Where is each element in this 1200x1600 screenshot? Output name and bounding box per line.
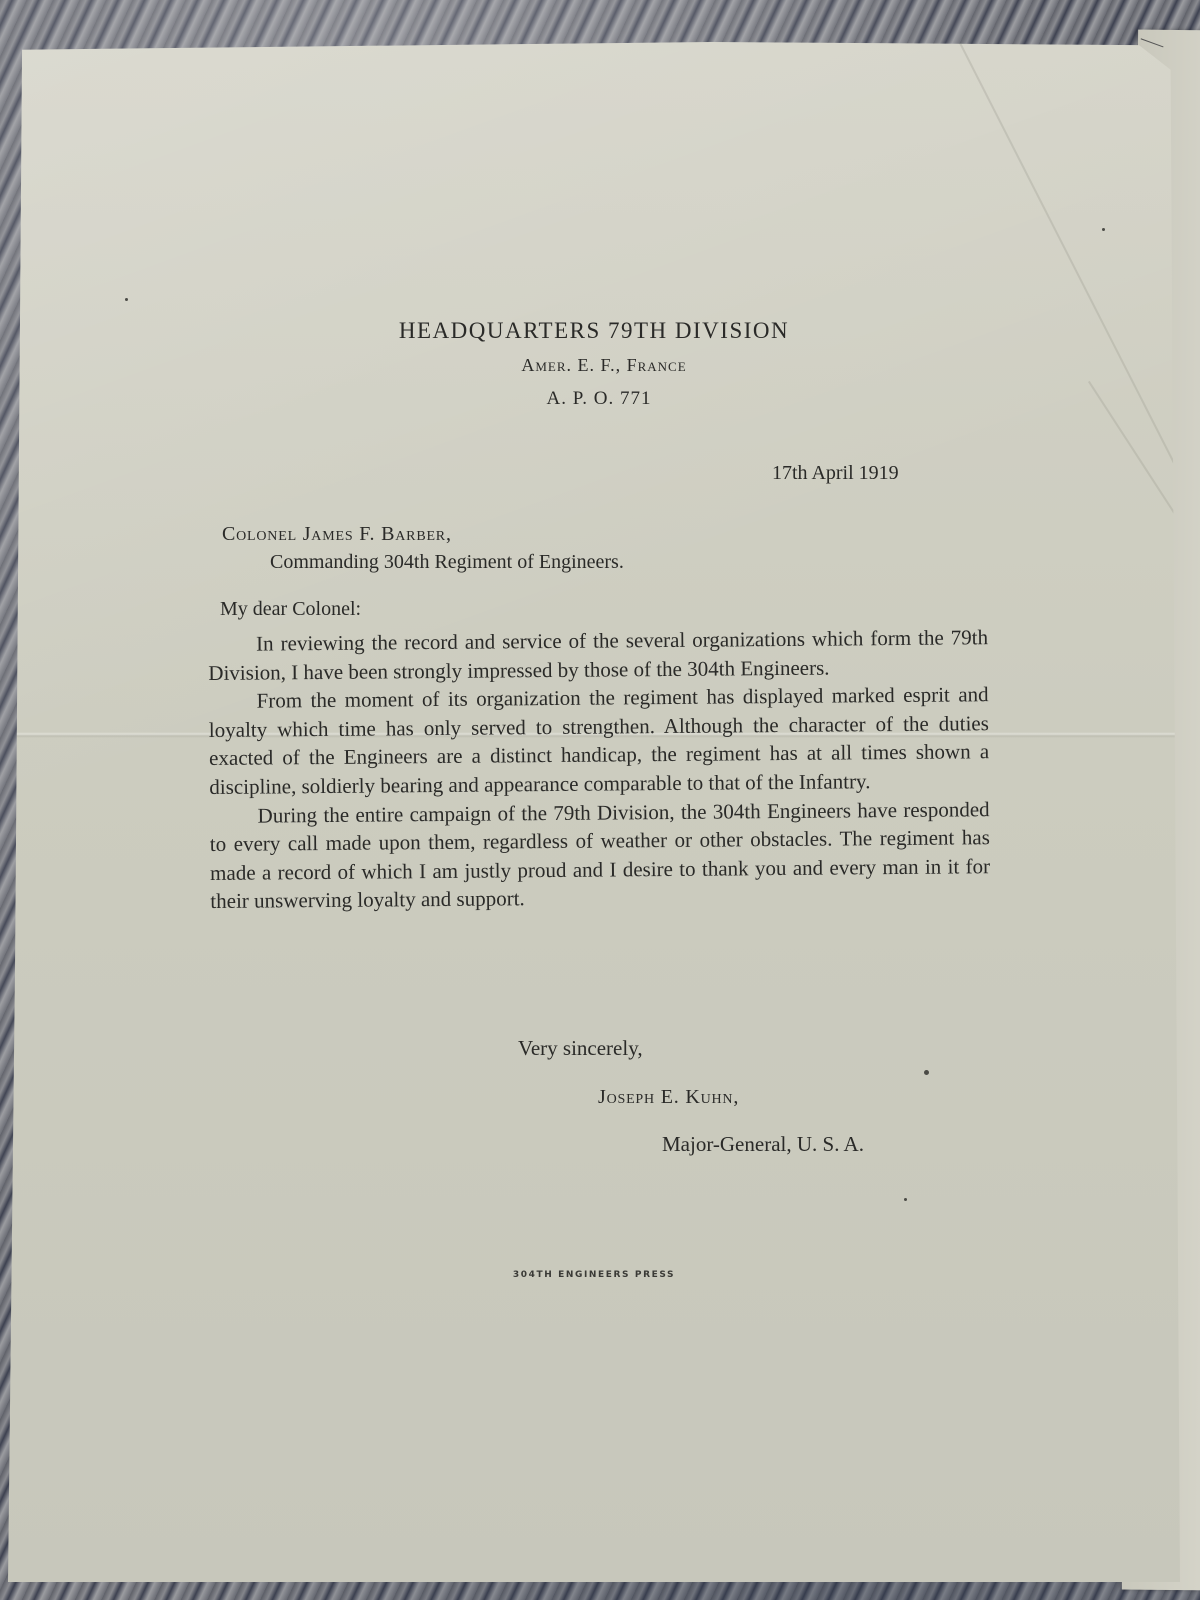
recipient-name: Colonel James F. Barber, [222,520,624,548]
letterhead-subtitle: Amer. E. F., France [28,348,1180,382]
printer-mark: 304TH ENGINEERS PRESS [8,1270,1180,1280]
ink-speck [924,1070,929,1075]
letter-body: In reviewing the record and service of t… [208,623,990,916]
salutation: My dear Colonel: [220,598,361,621]
ink-speck [904,1198,907,1201]
body-paragraph: From the moment of its organization the … [208,680,989,801]
body-paragraph: In reviewing the record and service of t… [208,623,988,687]
ink-speck [125,298,128,301]
letterhead: HEADQUARTERS 79TH DIVISION Amer. E. F., … [8,314,1180,416]
letterhead-title: HEADQUARTERS 79TH DIVISION [8,314,1180,348]
ink-speck [1102,228,1105,231]
letterhead-apo: A. P. O. 771 [18,382,1180,416]
signer-name: Joseph E. Kuhn, [598,1086,739,1109]
body-paragraph: During the entire campaign of the 79th D… [209,795,990,916]
letter-date: 17th April 1919 [772,462,899,485]
signer-title: Major-General, U. S. A. [662,1132,864,1157]
recipient-role: Commanding 304th Regiment of Engineers. [222,548,624,576]
recipient-block: Colonel James F. Barber, Commanding 304t… [222,520,624,576]
diagonal-crease [938,1,1194,501]
letter-sheet: HEADQUARTERS 79TH DIVISION Amer. E. F., … [8,42,1180,1582]
closing: Very sincerely, [518,1036,643,1061]
